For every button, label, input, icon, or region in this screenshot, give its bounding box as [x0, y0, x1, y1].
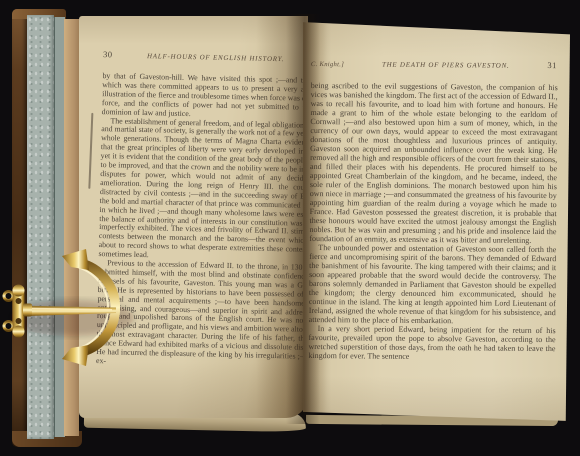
right-page: C. Knight.] THE DEATH OF PIERS GAVESTON.… [303, 16, 570, 425]
right-running-header: C. Knight.] THE DEATH OF PIERS GAVESTON.… [311, 58, 557, 70]
right-gutter-shading [303, 16, 331, 425]
anchor-clasp-icon [0, 248, 140, 368]
text-paragraph: In a very short period Edward, being imp… [308, 324, 555, 362]
book-cover-edge [12, 9, 28, 447]
marbled-page-edges [27, 15, 54, 439]
right-header-title: THE DEATH OF PIERS GAVESTON. [382, 62, 510, 70]
margin-pencil-mark [88, 113, 93, 189]
left-page-number: 30 [103, 49, 113, 59]
open-book-photo: 30 HALF-HOURS OF ENGLISH HISTORY. [C. K … [0, 0, 580, 456]
left-gutter-shading [256, 16, 308, 418]
right-page-text: being ascribed to the evil suggestions o… [308, 81, 557, 362]
text-paragraph: The unbounded power and ostentation of G… [309, 243, 557, 326]
right-page-number: 31 [547, 60, 557, 70]
deckle-page-edges [64, 19, 79, 436]
text-paragraph: being ascribed to the evil suggestions o… [309, 81, 557, 245]
